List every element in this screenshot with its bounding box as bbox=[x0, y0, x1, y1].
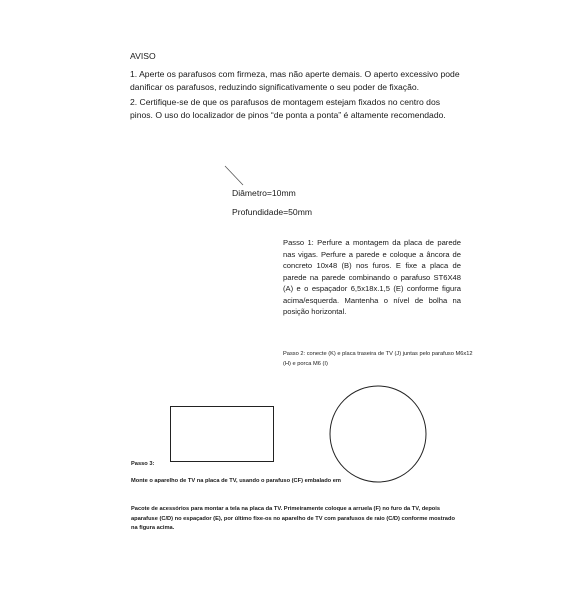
leader-line bbox=[225, 166, 243, 185]
diameter-label: Diâmetro=10mm bbox=[232, 187, 296, 200]
placeholder-rectangle bbox=[171, 407, 274, 462]
warning-item-1: 1. Aperte os parafusos com firmeza, mas … bbox=[130, 68, 460, 94]
step-2-text: Passo 2: conecte (K) e placa traseira de… bbox=[283, 350, 473, 369]
step-3-text: Monte o aparelho de TV na placa de TV, u… bbox=[131, 477, 451, 487]
placeholder-circle bbox=[330, 386, 426, 482]
step-1-text: Passo 1: Perfure a montagem da placa de … bbox=[283, 237, 461, 318]
depth-label: Profundidade=50mm bbox=[232, 206, 312, 219]
warning-item-2: 2. Certifique-se de que os parafusos de … bbox=[130, 96, 460, 122]
warning-title: AVISO bbox=[130, 50, 156, 63]
step-3-title: Passo 3: bbox=[131, 460, 154, 470]
step-3-note: Pacote de acessórios para montar a tela … bbox=[131, 505, 461, 534]
